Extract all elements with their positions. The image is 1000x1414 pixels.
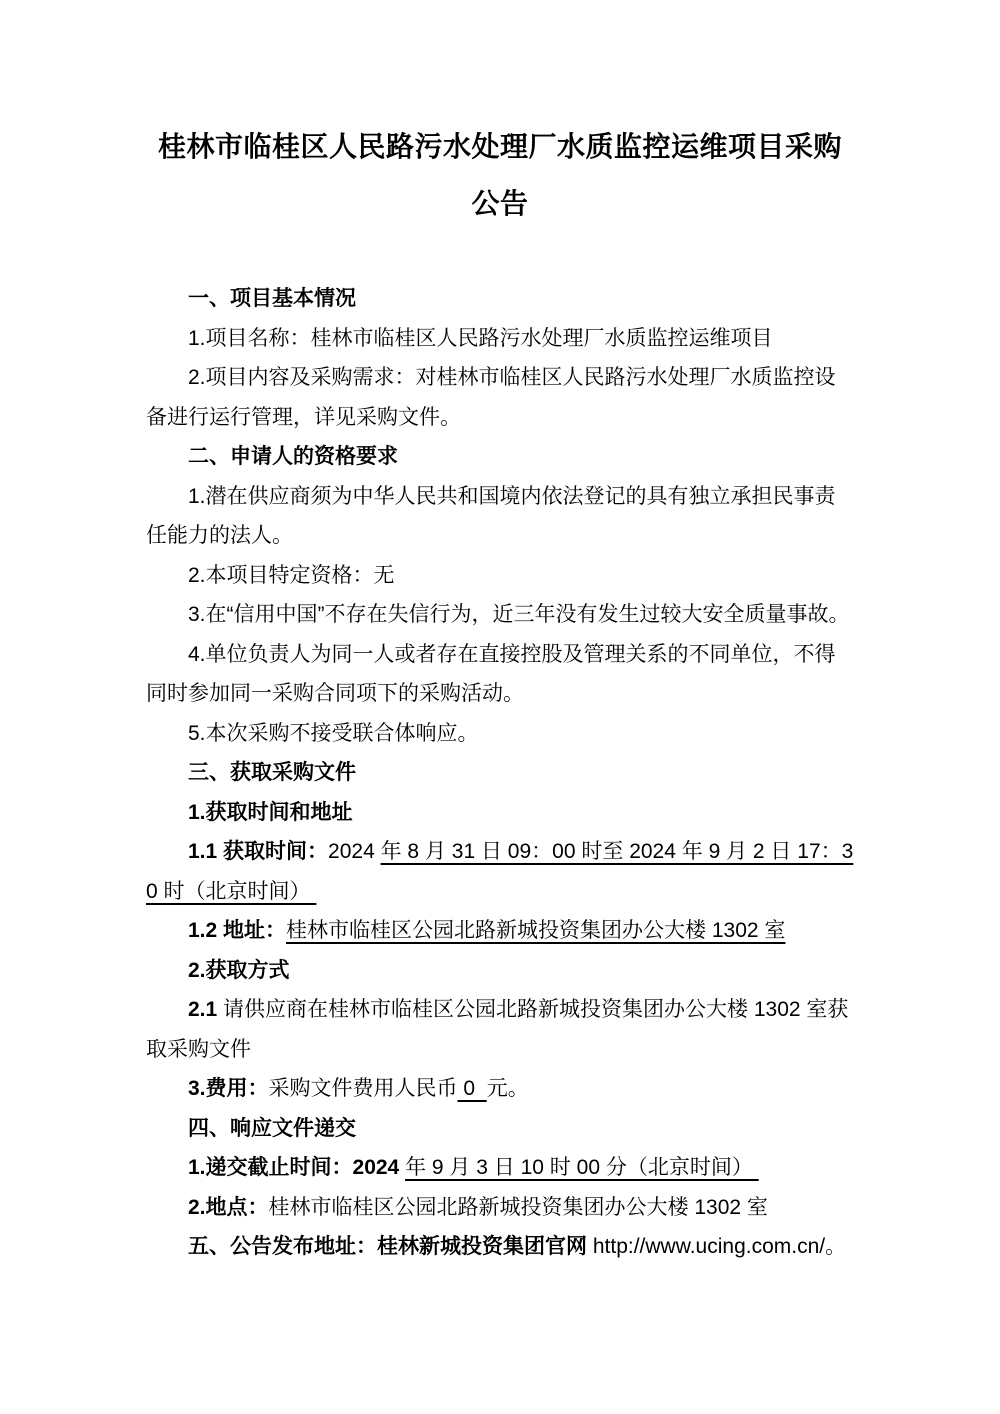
text-run: 桂林市临桂区公园北路新城投资集团办公大楼 1302 室	[286, 919, 785, 942]
text-run: 1.1 获取时间：	[188, 840, 328, 863]
paragraph: 2.本项目特定资格：无	[146, 556, 854, 596]
text-run: 二、申请人的资格要求	[188, 445, 398, 468]
text-run: 5.本次采购不接受联合体响应。	[188, 722, 479, 745]
paragraph: 1.项目名称：桂林市临桂区人民路污水处理厂水质监控运维项目	[146, 319, 854, 359]
text-run: 4.单位负责人为同一人或者存在直接控股及管理关系的不同单位，不得同时参加同一采购…	[146, 643, 836, 706]
text-run: 1.项目名称：桂林市临桂区人民路污水处理厂水质监控运维项目	[188, 327, 773, 350]
text-run: 1.递交截止时间：2024	[188, 1156, 405, 1179]
paragraph: 一、项目基本情况	[146, 279, 854, 319]
paragraph: 2.获取方式	[146, 951, 854, 991]
document-page: 桂林市临桂区人民路污水处理厂水质监控运维项目采购公告 一、项目基本情况1.项目名…	[0, 0, 1000, 1414]
text-run: 2024	[328, 840, 381, 863]
document-body: 一、项目基本情况1.项目名称：桂林市临桂区人民路污水处理厂水质监控运维项目2.项…	[146, 279, 854, 1267]
paragraph: 1.1 获取时间：2024 年 8 月 31 日 09：00 时至 2024 年…	[146, 832, 854, 911]
text-run: 1.获取时间和地址	[188, 801, 353, 824]
paragraph: 1.递交截止时间：2024 年 9 月 3 日 10 时 00 分（北京时间）	[146, 1148, 854, 1188]
paragraph: 1.潜在供应商须为中华人民共和国境内依法登记的具有独立承担民事责任能力的法人。	[146, 477, 854, 556]
text-run: 一、项目基本情况	[188, 287, 356, 310]
paragraph: 4.单位负责人为同一人或者存在直接控股及管理关系的不同单位，不得同时参加同一采购…	[146, 635, 854, 714]
paragraph: 四、响应文件递交	[146, 1109, 854, 1149]
text-run: 3.在“信用中国”不存在失信行为，近三年没有发生过较大安全质量事故。	[188, 603, 850, 626]
text-run: 2.1	[188, 998, 223, 1021]
text-run: 1.2 地址：	[188, 919, 286, 942]
paragraph: 三、获取采购文件	[146, 753, 854, 793]
text-run: 年 9 月 3 日 10 时 00 分（北京时间）	[405, 1156, 759, 1179]
paragraph: 2.1 请供应商在桂林市临桂区公园北路新城投资集团办公大楼 1302 室获取采购…	[146, 990, 854, 1069]
text-run: 0	[458, 1077, 487, 1100]
paragraph: 二、申请人的资格要求	[146, 437, 854, 477]
text-run: 四、响应文件递交	[188, 1117, 356, 1140]
text-run: 2.获取方式	[188, 959, 290, 982]
text-run: 桂林市临桂区公园北路新城投资集团办公大楼 1302 室	[269, 1196, 768, 1219]
text-run: 采购文件费用人民币	[269, 1077, 458, 1100]
paragraph: 2.项目内容及采购需求：对桂林市临桂区人民路污水处理厂水质监控设备进行运行管理，…	[146, 358, 854, 437]
text-run: 请供应商在桂林市临桂区公园北路新城投资集团办公大楼 1302 室获取采购文件	[146, 998, 848, 1061]
paragraph: 3.费用：采购文件费用人民币 0 元。	[146, 1069, 854, 1109]
text-run: 三、获取采购文件	[188, 761, 356, 784]
paragraph: 2.地点：桂林市临桂区公园北路新城投资集团办公大楼 1302 室	[146, 1188, 854, 1228]
paragraph: 5.本次采购不接受联合体响应。	[146, 714, 854, 754]
paragraph: 五、公告发布地址：桂林新城投资集团官网 http://www.ucing.com…	[146, 1227, 854, 1267]
paragraph: 3.在“信用中国”不存在失信行为，近三年没有发生过较大安全质量事故。	[146, 595, 854, 635]
text-run: 元。	[487, 1077, 529, 1100]
text-run: 3.费用：	[188, 1077, 269, 1100]
document-title: 桂林市临桂区人民路污水处理厂水质监控运维项目采购公告	[146, 118, 854, 232]
text-run: 2.本项目特定资格：无	[188, 564, 395, 587]
paragraph: 1.2 地址：桂林市临桂区公园北路新城投资集团办公大楼 1302 室	[146, 911, 854, 951]
paragraph: 1.获取时间和地址	[146, 793, 854, 833]
text-run: 五、公告发布地址：桂林新城投资集团官网	[188, 1235, 593, 1258]
text-run: 2.地点：	[188, 1196, 269, 1219]
text-run: 2.项目内容及采购需求：对桂林市临桂区人民路污水处理厂水质监控设备进行运行管理，…	[146, 366, 836, 429]
text-run: 1.潜在供应商须为中华人民共和国境内依法登记的具有独立承担民事责任能力的法人。	[146, 485, 836, 548]
text-run: http://www.ucing.com.cn/。	[593, 1235, 846, 1258]
